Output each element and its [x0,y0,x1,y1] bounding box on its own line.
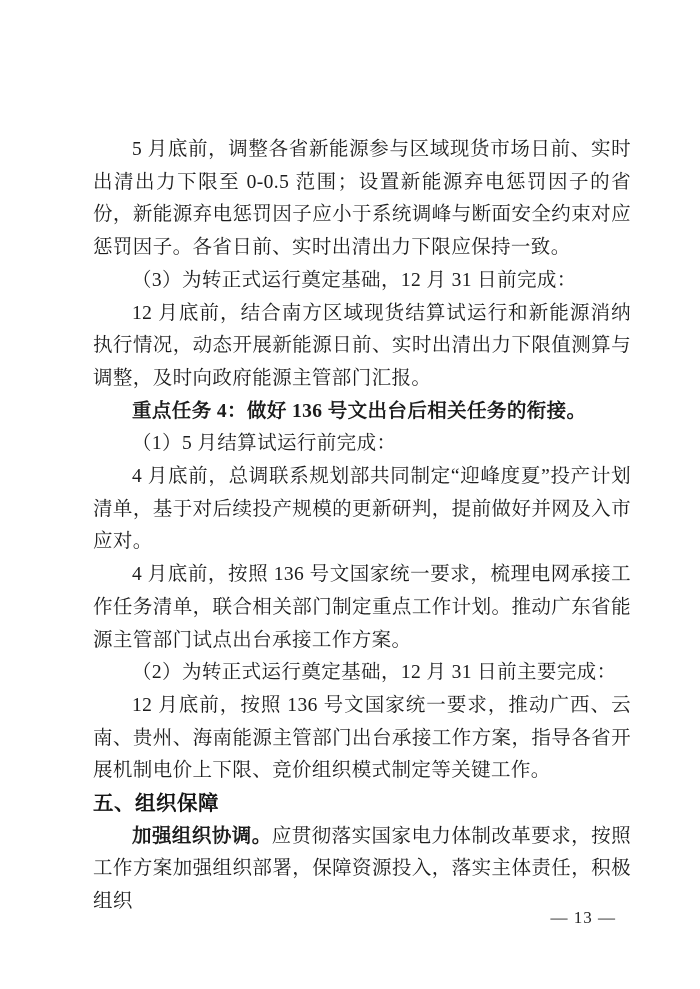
paragraph-item-2-deadline: （2）为转正式运行奠定基础，12 月 31 日前主要完成： [93,657,631,690]
document-content: 5 月底前，调整各省新能源参与区域现货市场日前、实时出清出力下限至 0-0.5 … [93,134,631,919]
paragraph-strengthen-coordination: 加强组织协调。应贯彻落实国家电力体制改革要求，按照工作方案加强组织部署，保障资源… [93,821,631,919]
paragraph-output-floor-adjustment: 5 月底前，调整各省新能源参与区域现货市场日前、实时出清出力下限至 0-0.5 … [93,134,631,265]
closing-paragraph-lead: 加强组织协调。 [132,826,272,847]
paragraph-item-1-deadline: （1）5 月结算试运行前完成： [93,428,631,461]
paragraph-december-dynamic-measurement: 12 月底前，结合南方区域现货结算试运行和新能源消纳执行情况，动态开展新能源日前… [93,298,631,396]
paragraph-april-summer-peak-plan: 4 月底前，总调联系规划部共同制定“迎峰度夏”投产计划清单，基于对后续投产规模的… [93,461,631,559]
paragraph-april-grid-undertaking-list: 4 月底前，按照 136 号文国家统一要求，梳理电网承接工作任务清单，联合相关部… [93,559,631,657]
key-task-4-heading: 重点任务 4：做好 136 号文出台后相关任务的衔接。 [93,396,631,429]
document-page: 5 月底前，调整各省新能源参与区域现货市场日前、实时出清出力下限至 0-0.5 … [0,0,700,989]
paragraph-december-provincial-plans: 12 月底前，按照 136 号文国家统一要求，推动广西、云南、贵州、海南能源主管… [93,690,631,788]
paragraph-item-3-deadline: （3）为转正式运行奠定基础，12 月 31 日前完成： [93,265,631,298]
section-heading-organizational-support: 五、组织保障 [93,788,631,821]
page-number: — 13 — [0,906,700,930]
